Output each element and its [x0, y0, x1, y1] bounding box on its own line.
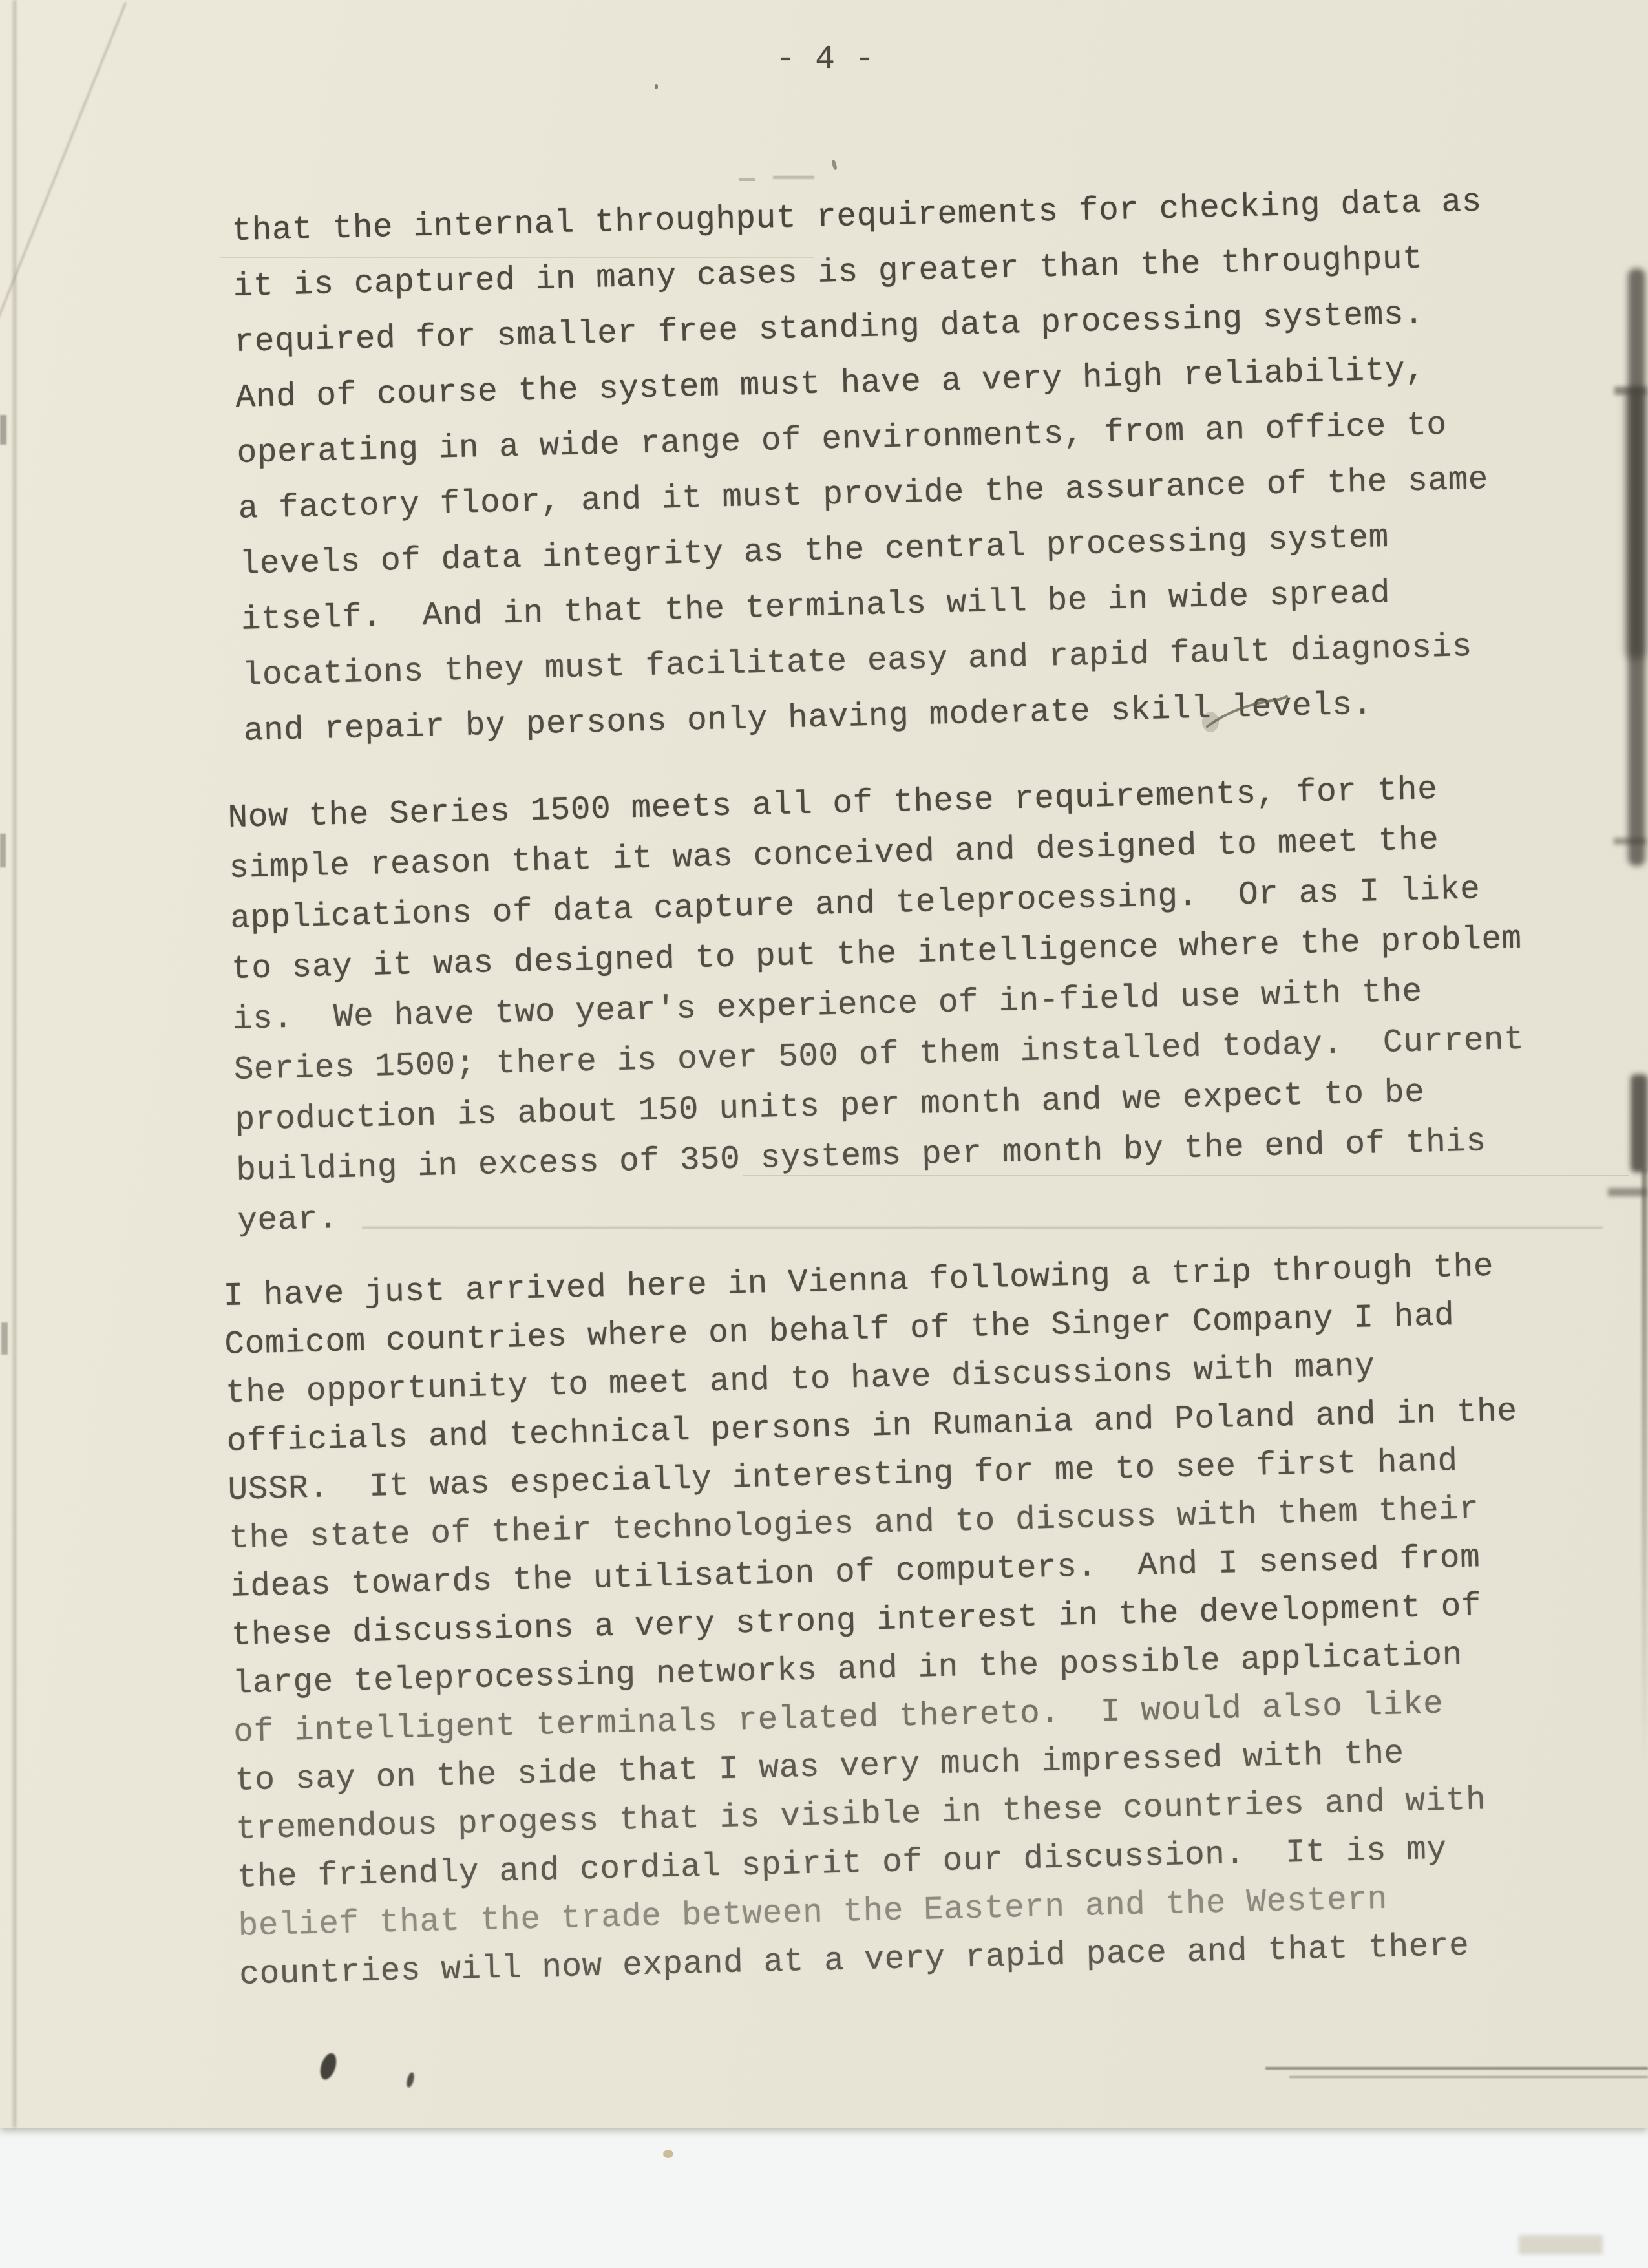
faint-scratch-line [743, 1175, 1629, 1176]
scan-edge-tick [1614, 838, 1646, 845]
left-edge-mark [0, 415, 6, 445]
page-number: - 4 - [776, 41, 874, 78]
paragraph-2: Now the Series 1500 meets all of these r… [227, 770, 1528, 1254]
left-edge-mark [1, 1322, 8, 1355]
paragraph-3: I have just arrived here in Vienna follo… [223, 1248, 1530, 2006]
faint-scratch-line [362, 1227, 1603, 1229]
pencil-dash [739, 178, 755, 181]
scan-edge-smudge [1626, 388, 1645, 659]
scan-edge-line [1642, 1169, 1647, 1763]
pencil-dash [773, 176, 814, 179]
scan-edge-smudge [1631, 1074, 1648, 1172]
scan-edge-tick [1608, 1188, 1647, 1196]
scratch-line [1289, 2076, 1648, 2078]
left-edge-mark [0, 834, 6, 867]
paragraph-1: that the internal throughput requirement… [231, 184, 1494, 768]
left-edge-shadow [13, 0, 16, 2128]
scan-edge-tick [1614, 387, 1647, 395]
smudge [1519, 2235, 1603, 2254]
paper-fleck [663, 2150, 673, 2158]
faint-scratch-line [220, 257, 814, 258]
scanner-background [0, 2128, 1648, 2268]
pencil-check-mark [1196, 685, 1305, 743]
ink-speck [655, 84, 658, 89]
scratch-line [1265, 2067, 1648, 2070]
scanned-document: - 4 - that the internal throughput requi… [0, 0, 1648, 2268]
document-page: - 4 - that the internal throughput requi… [0, 0, 1648, 2128]
